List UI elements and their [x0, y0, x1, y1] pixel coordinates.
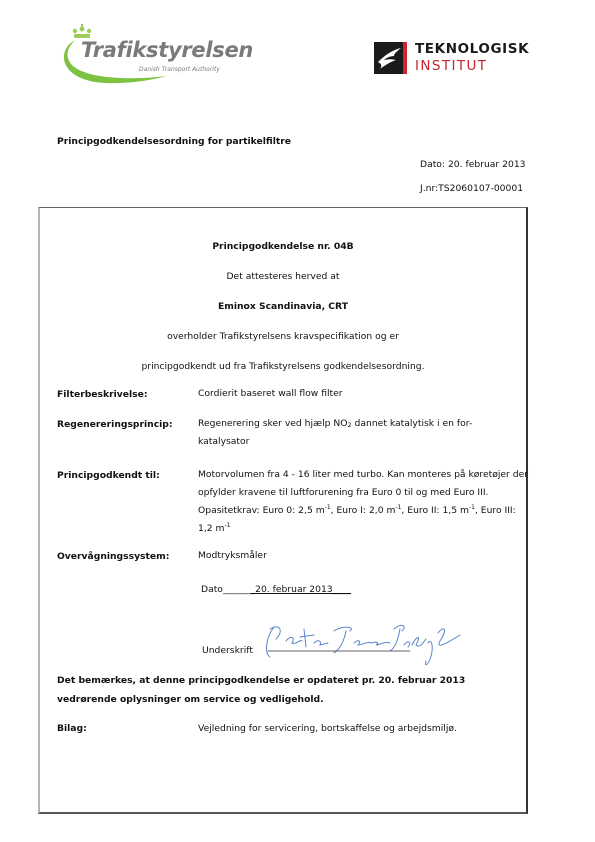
filter-label: Filterbeskrivelse: — [57, 389, 148, 400]
document-date: Dato: 20. februar 2013 — [420, 159, 526, 170]
regeneration-label: Regenereringsprincip: — [57, 419, 173, 430]
handwritten-signature-icon — [262, 615, 462, 671]
bird-icon — [374, 42, 407, 74]
compliance-line: overholder Trafikstyrelsens kravspecifik… — [38, 331, 528, 342]
filter-value: Cordierit baseret wall flow filter — [198, 385, 528, 403]
teknologisk-institut-logo: TEKNOLOGISK INSTITUT — [374, 41, 549, 75]
update-note: Det bemærkes, at denne principgodkendels… — [57, 672, 527, 709]
logo-tagline: Danish Transport Authority — [139, 66, 220, 73]
logo-line-2: INSTITUT — [415, 58, 487, 74]
attest-line: Det attesteres herved at — [38, 271, 528, 282]
approval-number: Principgodkendelse nr. 04B — [38, 241, 528, 252]
logo-line-1: TEKNOLOGISK — [415, 41, 529, 57]
monitoring-label: Overvågningssystem: — [57, 551, 169, 562]
trafikstyrelsen-logo: Trafikstyrelsen Danish Transport Authori… — [55, 24, 245, 90]
monitoring-value: Modtryksmåler — [198, 547, 528, 565]
attachment-label: Bilag: — [57, 723, 87, 734]
company-name: Eminox Scandinavia, CRT — [38, 301, 528, 312]
attachment-value: Vejledning for servicering, bortskaffels… — [198, 723, 457, 734]
signature-date: Dato_______20. februar 2013____ — [201, 584, 351, 595]
regeneration-value: Regenerering sker ved hjælp NO2 dannet k… — [198, 415, 508, 451]
journal-number: J.nr:TS2060107-00001 — [420, 183, 523, 194]
approved-for-value: Motorvolumen fra 4 - 16 liter med turbo.… — [198, 466, 528, 538]
signature-label: Underskrift — [202, 645, 253, 656]
approval-line: principgodkendt ud fra Trafikstyrelsens … — [38, 361, 528, 372]
document-title: Principgodkendelsesordning for partikelf… — [57, 136, 291, 147]
approved-for-label: Principgodkendt til: — [57, 470, 160, 481]
logo-wordmark: Trafikstyrelsen — [81, 38, 253, 62]
